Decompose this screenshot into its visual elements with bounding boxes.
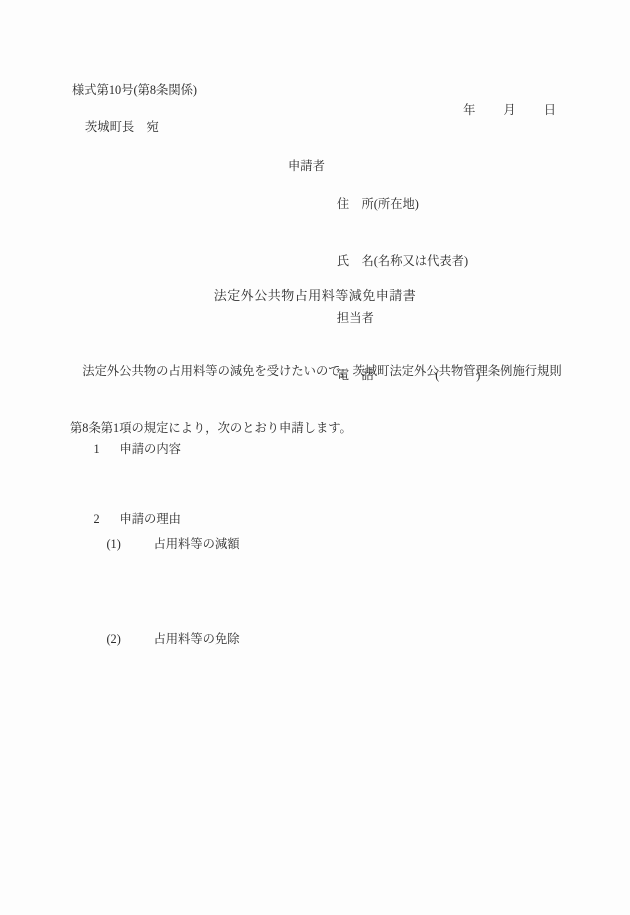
applicant-address-line: 住 所(所在地) [337, 195, 480, 214]
section-1-item-2-marker: (2) [106, 630, 153, 649]
date-line: 年 月 日 [463, 101, 556, 120]
applicant-label: 申請者 [288, 157, 325, 176]
date-day-label: 日 [544, 101, 556, 120]
form-number: 様式第10号(第8条関係) [72, 81, 197, 100]
section-1-item-2-text: 占用料等の免除 [153, 632, 239, 646]
document-page: 様式第10号(第8条関係) 年 月 日 茨城町長 宛 申請者 住 所(所在地) … [0, 0, 630, 915]
body-line-1: 法定外公共物の占用料等の減免を受けたいので，茨城町法定外公共物管理条例施行規則 [70, 362, 562, 381]
addressee: 茨城町長 宛 [85, 118, 159, 137]
section-2-heading: 2申請の理由 [75, 491, 181, 548]
date-month-label: 月 [503, 101, 515, 120]
section-2-heading-text: 申請の理由 [119, 512, 181, 526]
applicant-name-line: 氏 名(名称又は代表者) [337, 252, 480, 271]
section-1-item-2: (2)占用料等の免除 [75, 611, 240, 668]
document-title: 法定外公共物占用料等減免申請書 [0, 286, 630, 305]
section-2-number: 2 [93, 510, 119, 529]
section-application-reason: 2申請の理由 [75, 453, 181, 586]
date-year-label: 年 [463, 101, 475, 120]
